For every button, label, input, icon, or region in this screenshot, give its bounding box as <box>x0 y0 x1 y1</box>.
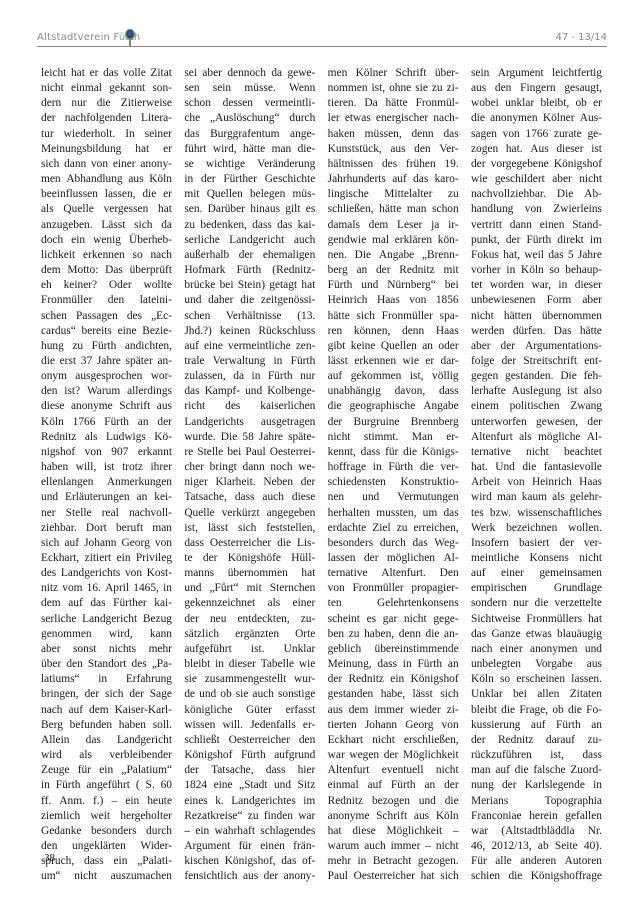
text-line: unbelegtenVorgabeaus <box>471 657 602 672</box>
text-line: um“nichtauszumachen <box>41 869 172 884</box>
text-line: Meinung,dassinFürthan <box>328 657 459 672</box>
text-line: Köln1766Fürthander <box>41 415 172 430</box>
text-line: spruch,dassein„Palati- <box>41 854 172 869</box>
text-line: tiertenJohannGeorgvon <box>328 718 459 733</box>
text-line: derTatsache,dasshier <box>184 763 315 778</box>
text-line: empirischenGrundlage <box>471 581 602 596</box>
text-line: unterworfengewesen,der <box>471 415 602 430</box>
text-line: gestandenhabe,lässtsich <box>328 687 459 702</box>
text-line: abersonstnichtsmehr <box>41 642 172 657</box>
text-line: Argumentfüreinenfrän- <box>184 839 315 854</box>
text-line: cherbringtdannnochwe- <box>184 460 315 475</box>
text-line: ist,lässtsichfeststellen, <box>184 521 315 536</box>
text-line: 46,2012/13,abSeite40). <box>471 839 602 854</box>
text-line: onymausgesprochenwor- <box>41 369 172 384</box>
text-line: lassendermöglichenAl- <box>328 551 459 566</box>
text-line: Fronmüllerdenlateini- <box>41 293 172 308</box>
text-line: docheinwenigÜberheb- <box>41 233 172 248</box>
text-line: turwiederholt.Inseiner <box>41 127 172 142</box>
text-line: Rednitzbezogenunddie <box>328 794 459 809</box>
text-column-2: seiaberdennochdagewe-senseinmüsse.Wennsc… <box>184 66 315 858</box>
text-line: kischenKönigshof,dasof- <box>184 854 315 869</box>
text-line: vertrittdanneinenStand- <box>471 218 602 233</box>
text-line: ziemlichweithergeholter <box>41 809 172 824</box>
text-line: UnklarbeiallenZitaten <box>471 687 602 702</box>
text-line: schenPassagendes„Ec- <box>41 309 172 324</box>
text-line: diegeographischeAngabe <box>328 399 459 414</box>
text-line: nommenist,ohnesiezuzi- <box>328 81 459 96</box>
text-line: denungeklärtenWider- <box>41 839 172 854</box>
text-line: Eckhart,zitierteinPrivileg <box>41 551 172 566</box>
text-line: besondersdurchdasWeg- <box>328 536 459 551</box>
text-line: folgederStreitschriftent- <box>471 354 602 369</box>
text-line: PaulOesterreicherhatsich <box>328 869 459 884</box>
text-line: sichdannvoneineranony- <box>41 157 172 172</box>
text-line: hungzuFürthandichten, <box>41 339 172 354</box>
text-line: tieren.DahätteFronmül- <box>328 96 459 111</box>
text-line: derneuentdeckten,zu- <box>184 612 315 627</box>
text-line: deundobsieauchsonstige <box>184 687 315 702</box>
text-line: demaufdasFürtherkai- <box>41 596 172 611</box>
text-line: warwegenderMöglichkeit <box>328 748 459 763</box>
text-line: schenVerhältnisse(13. <box>184 309 315 324</box>
text-line: rückzuführenist,dass <box>471 748 602 763</box>
text-line: führtwird,hättemandie- <box>184 142 315 157</box>
text-line: war(AltstadtbläddlaNr. <box>471 824 602 839</box>
text-line: HeinrichHaasvon1856 <box>328 293 459 308</box>
text-line: demMotto:Dasüberprüft <box>41 263 172 278</box>
text-line: ziehbar.Dortberuftman <box>41 521 172 536</box>
text-line: nichteinmalgekanntson- <box>41 81 172 96</box>
text-line: MeriansTopographia <box>471 794 602 809</box>
text-line: sichaufJohannGeorgvon <box>41 536 172 551</box>
text-line: und„Fůrt“mitSternchen <box>184 581 315 596</box>
text-line: damalsdemLeserjair- <box>328 218 459 233</box>
article-body: leichthaterdasvolleZitatnichteinmalgekan… <box>41 66 602 858</box>
text-line: wurde.Die58Jahrespäte- <box>184 430 315 445</box>
text-line: dernnurdieZitierweise <box>41 96 172 111</box>
text-line: ff.Anm.f.)–einheute <box>41 794 172 809</box>
text-line: renkönnen,dennHaas <box>328 324 459 339</box>
text-line: nigshofvon907erkannt <box>41 445 172 460</box>
text-line: FüralleanderenAutoren <box>471 854 602 869</box>
text-line: nenundVermutungen <box>328 490 459 505</box>
text-line: unddaherdiezeitgenössi- <box>184 293 315 308</box>
text-line: serlicheLandgerichtauch <box>184 233 315 248</box>
text-line: sätzlichergänztenOrte <box>184 627 315 642</box>
text-line: aufeinergemeinsamen <box>471 566 602 581</box>
text-line: denist?Warumallerdings <box>41 384 172 399</box>
text-line: Eckhartnichterschließen, <box>328 733 459 748</box>
text-line: gekennzeichnetalseiner <box>184 596 315 611</box>
text-line: hoffrageinFürthdiever- <box>328 460 459 475</box>
text-line: dasKampf-undKolbenge- <box>184 384 315 399</box>
text-line: beeinflussenlassen,dieer <box>41 187 172 202</box>
text-line: bleibtdieFrage,obdieFo- <box>471 703 602 718</box>
text-line: ausdemimmerwiederzi- <box>328 703 459 718</box>
text-line: seinArgumentleichtfertig <box>471 66 602 81</box>
text-line: lichkeiterkennensonach <box>41 248 172 263</box>
text-line: einmalaufFürthander <box>328 778 459 793</box>
text-line: leichthaterdasvolleZitat <box>41 66 172 81</box>
text-line: zubedenken,dassdaskai- <box>184 218 315 233</box>
text-line: undErläuterungenankei- <box>41 490 172 505</box>
text-line: schiedenstenKonstruktio- <box>328 475 459 490</box>
text-line: aufeinevermeintlichezen- <box>184 339 315 354</box>
text-line: berganderRednitzmit <box>328 263 459 278</box>
text-line: traleVerwaltunginFürth <box>184 354 315 369</box>
text-line: benzuhaben,denndiean- <box>328 627 459 642</box>
text-line: derRednitzeinKönigshof <box>328 672 459 687</box>
text-line: brückebeiStein)getagthat <box>184 278 315 293</box>
text-line: zogenhat.Ausdieserist <box>471 142 602 157</box>
text-line: wirdalsverbleibender <box>41 748 172 763</box>
text-line: alsQuellevergessenhat <box>41 202 172 217</box>
text-line: –einwahrhaftschlagendes <box>184 824 315 839</box>
text-line: gibtkeineQuellenanoder <box>328 339 459 354</box>
text-line: kennt,dassfürdieKönigs- <box>328 445 459 460</box>
text-line: nigerKlarheit.Nebender <box>184 475 315 490</box>
text-line: fensichtlichausderanony- <box>184 869 315 884</box>
text-line: serlicheLandgerichtBezug <box>41 612 172 627</box>
text-line: einesk.Landgerichtesim <box>184 794 315 809</box>
text-line: wobeiunklarbleibt,ober <box>471 96 602 111</box>
text-line: handlungvonZwierleins <box>471 202 602 217</box>
text-line: tesbzw.wissenschaftliches <box>471 506 602 521</box>
text-line: Meinungsbildunghater <box>41 142 172 157</box>
text-line: reStellebeiPaulOesterrei- <box>184 445 315 460</box>
text-line: meintlicheKonsensnicht <box>471 551 602 566</box>
text-line: vorherinKölnsobehaup- <box>471 263 602 278</box>
text-line: nachvollziehbar.DieAb- <box>471 187 602 202</box>
text-line: nacheineranonymenund <box>471 642 602 657</box>
text-line: Zeugefürein„Palatium“ <box>41 763 172 778</box>
text-line: hatdieseMöglichkeit– <box>328 824 459 839</box>
text-line: scheintesgarnichtgege- <box>328 612 459 627</box>
text-line: schließen,hättemanschon <box>328 202 459 217</box>
text-line: nachaufdemKaiser-Karl- <box>41 703 172 718</box>
text-line: zulassen,dainFürthnur <box>184 369 315 384</box>
text-line: lerhafteAuslegungistalso <box>471 384 602 399</box>
text-line: anzugeben.Lässtsichda <box>41 218 172 233</box>
text-line: herhaltenmussten,umdas <box>328 506 459 521</box>
text-line: genommenwird,kann <box>41 627 172 642</box>
text-line: ternativeAltenfurt.Den <box>328 566 459 581</box>
text-line: schiendieKönigshoffrage <box>471 869 602 884</box>
text-line: KönigshofFürthaufgrund <box>184 748 315 763</box>
text-line: überdenStandortdes„Pa- <box>41 657 172 672</box>
text-line: tederKönigshöfeHüll- <box>184 551 315 566</box>
text-line: richtdeskaiserlichen <box>184 399 315 414</box>
text-line: Landgerichtsausgetragen <box>184 415 315 430</box>
text-line: inderFürtherGeschichte <box>184 172 315 187</box>
text-line: dieerst37Jahrespäteran- <box>41 354 172 369</box>
text-line: menKölnerSchriftüber- <box>328 66 459 81</box>
text-line: Quelleverkürztangegeben <box>184 506 315 521</box>
text-line: Gedankebesondersdurch <box>41 824 172 839</box>
text-line: ArbeitvonHeinrichHaas <box>471 475 602 490</box>
text-line: mehrinBetrachtgezogen. <box>328 854 459 869</box>
text-line: cardus“bereitseineBezie- <box>41 324 172 339</box>
text-line: 1824eine„StadtundSitz <box>184 778 315 793</box>
text-line: aufgeführtist.Unklar <box>184 642 315 657</box>
text-line: nichtstimmt.Maner- <box>328 430 459 445</box>
text-line: einempolitischenZwang <box>471 399 602 414</box>
text-line: werdendürfen.Dashätte <box>471 324 602 339</box>
text-line: ellenlangenAnmerkungen <box>41 475 172 490</box>
running-header: Altstadtverein Fürth 47 - 13/14 <box>37 30 607 47</box>
text-line: geblichübereinstimmende <box>328 642 459 657</box>
text-line: habenwill,isttrotzihrer <box>41 460 172 475</box>
text-line: Kölnsoerscheinenlassen. <box>471 672 602 687</box>
text-line: anonymeSchriftausKöln <box>328 809 459 824</box>
text-line: nerStellerealnachvoll- <box>41 506 172 521</box>
text-line: FürthundNürnberg“bei <box>328 278 459 293</box>
text-line: außerhalbderehemaligen <box>184 248 315 263</box>
text-line: ehkeiner?Oderwollte <box>41 278 172 293</box>
text-line: sondernnurdieverzettelte <box>471 596 602 611</box>
text-line: Werkbezeichnenwollen. <box>471 521 602 536</box>
text-line: Fokushat,weildas5Jahre <box>471 248 602 263</box>
text-line: dassOesterreicherdieLis- <box>184 536 315 551</box>
text-line: inFürthangeführt(S.60 <box>41 778 172 793</box>
text-column-1: leichthaterdasvolleZitatnichteinmalgekan… <box>41 66 172 858</box>
text-line: dieanonymenKölnerAus- <box>471 111 602 126</box>
text-line: manaufdiefalscheZuord- <box>471 763 602 778</box>
text-line: königlicheGütererfasst <box>184 703 315 718</box>
text-line: tenGelehrtenkonsens <box>328 596 459 611</box>
text-line: dervorgegebeneKönigshof <box>471 157 602 172</box>
text-line: senseinmüsse.Wenn <box>184 81 315 96</box>
text-line: warumauchimmer–nicht <box>328 839 459 854</box>
text-line: RednitzalsLudwigsKö- <box>41 430 172 445</box>
text-line: desLandgerichtsvonKost- <box>41 566 172 581</box>
text-line: lingischeMittelalterzu <box>328 187 459 202</box>
text-line: vonFronmüllerpropagier- <box>328 581 459 596</box>
text-line: erdachteZielzuerreichen, <box>328 521 459 536</box>
text-line: gegengestanden.Diefeh- <box>471 369 602 384</box>
text-line: ternativenichtbeachtet <box>471 445 602 460</box>
text-line: sagenvon1766zuratege- <box>471 127 602 142</box>
text-line: aufgekommenist,völlig <box>328 369 459 384</box>
text-line: nitzvom16.April1465,in <box>41 581 172 596</box>
text-line: bleibtindieserTabellewie <box>184 657 315 672</box>
tree-icon <box>124 29 136 46</box>
text-line: wissenwill.Jedenfallser- <box>184 718 315 733</box>
text-line: hättesichFronmüllerspa- <box>328 309 459 324</box>
text-line: dasGanzeetwasblauäugig <box>471 627 602 642</box>
text-line: Bergbefundenhabensoll. <box>41 718 172 733</box>
text-line: tetwordenwar,indieser <box>471 278 602 293</box>
text-line: schondessenvermeintli- <box>184 96 315 111</box>
text-line: unbewiesenenFormaber <box>471 293 602 308</box>
text-line: Rezatkreise“zufindenwar <box>184 809 315 824</box>
text-line: menAbhandlungausKöln <box>41 172 172 187</box>
page-number: 38 <box>44 852 55 864</box>
text-column-4: seinArgumentleichtfertigausdenFingernges… <box>471 66 602 858</box>
text-line: sewichtigeVeränderung <box>184 157 315 172</box>
text-line: mitQuellenbelegenmüs- <box>184 187 315 202</box>
issue-number: 47 - 13/14 <box>555 32 607 43</box>
text-line: dieseanonymeSchriftaus <box>41 399 172 414</box>
text-line: wiegeschildertabernicht <box>471 172 602 187</box>
text-line: Insofernbasiertderver- <box>471 536 602 551</box>
text-line: punkt,derFürthdirektim <box>471 233 602 248</box>
text-column-3: menKölnerSchriftüber-nommenist,ohnesiezu… <box>328 66 459 858</box>
text-line: unabhängigdavon,dass <box>328 384 459 399</box>
text-line: dasBurggrafentumange- <box>184 127 315 142</box>
text-line: leretwasenergischernach- <box>328 111 459 126</box>
text-line: AlleindasLandgericht <box>41 733 172 748</box>
text-line: derRednitzdaraufzu- <box>471 733 602 748</box>
text-line: che„Auslöschung“durch <box>184 111 315 126</box>
text-line: mannsübernommenhat <box>184 566 315 581</box>
text-line: Jhd.?)keinenRückschluss <box>184 324 315 339</box>
text-line: derBurgruineBrennberg <box>328 415 459 430</box>
text-line: kussierungaufFürthan <box>471 718 602 733</box>
text-line: Altenfurteventuellnicht <box>328 763 459 778</box>
text-line: hat.Unddiefantasievolle <box>471 460 602 475</box>
text-line: dernachfolgendenLitera- <box>41 111 172 126</box>
text-line: Franconiaehereingefallen <box>471 809 602 824</box>
text-line: AltenfurtalsmöglicheAl- <box>471 430 602 445</box>
text-line: sen.Darüberhinausgiltes <box>184 202 315 217</box>
text-line: aberderArgumentations- <box>471 339 602 354</box>
text-line: bringen,dersichderSage <box>41 687 172 702</box>
text-line: Jahrhundertsaufdaskaro- <box>328 172 459 187</box>
text-line: Tatsache,dassauchdiese <box>184 490 315 505</box>
text-line: schließtOesterreicherden <box>184 733 315 748</box>
text-line: hältnissendesfrühen19. <box>328 157 459 172</box>
text-line: Kunststück,ausdenVer- <box>328 142 459 157</box>
text-line: hakenmüssen,denndas <box>328 127 459 142</box>
text-line: nungderKarlslegendein <box>471 778 602 793</box>
text-line: HofmarkFürth(Rednitz- <box>184 263 315 278</box>
text-line: nen.DieAngabe„Brenn- <box>328 248 459 263</box>
text-line: ausdenFingerngesaugt, <box>471 81 602 96</box>
text-line: SichtweiseFronmüllershat <box>471 612 602 627</box>
text-line: wirdmankaumalsgelehr- <box>471 490 602 505</box>
text-line: seiaberdennochdagewe- <box>184 66 315 81</box>
text-line: nichthättenübernommen <box>471 309 602 324</box>
text-line: siezusammengestelltwur- <box>184 672 315 687</box>
text-line: gendwiemalerklärenkön- <box>328 233 459 248</box>
text-line: lässterkennenwieerdar- <box>328 354 459 369</box>
text-line: latiums“inErfahrung <box>41 672 172 687</box>
